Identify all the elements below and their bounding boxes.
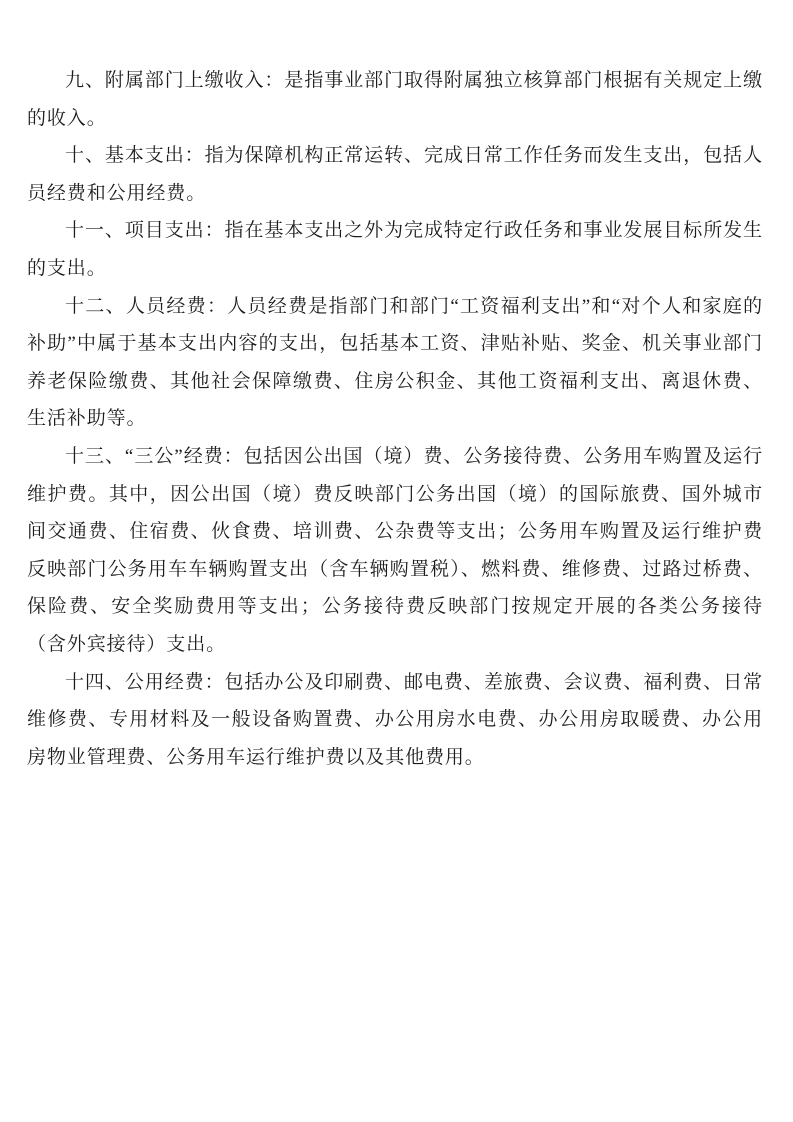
- paragraph-item-10-basic-expenditure: 十、基本支出：指为保障机构正常运转、完成日常工作任务而发生支出，包括人员经费和公…: [27, 137, 763, 212]
- document-page: 九、附属部门上缴收入：是指事业部门取得附属独立核算部门根据有关规定上缴的收入。 …: [0, 0, 793, 1122]
- paragraph-item-13-three-public-funds: 十三、“三公”经费：包括因公出国（境）费、公务接待费、公务用车购置及运行维护费。…: [27, 438, 763, 664]
- paragraph-item-14-public-funds: 十四、公用经费：包括办公及印刷费、邮电费、差旅费、会议费、福利费、日常维修费、专…: [27, 664, 763, 777]
- paragraph-item-9-affiliated-income: 九、附属部门上缴收入：是指事业部门取得附属独立核算部门根据有关规定上缴的收入。: [27, 62, 763, 137]
- document-body-text: 九、附属部门上缴收入：是指事业部门取得附属独立核算部门根据有关规定上缴的收入。 …: [27, 62, 763, 776]
- paragraph-item-12-personnel-funds: 十二、人员经费：人员经费是指部门和部门“工资福利支出”和“对个人和家庭的补助”中…: [27, 288, 763, 438]
- paragraph-item-11-project-expenditure: 十一、项目支出：指在基本支出之外为完成特定行政任务和事业发展目标所发生的支出。: [27, 212, 763, 287]
